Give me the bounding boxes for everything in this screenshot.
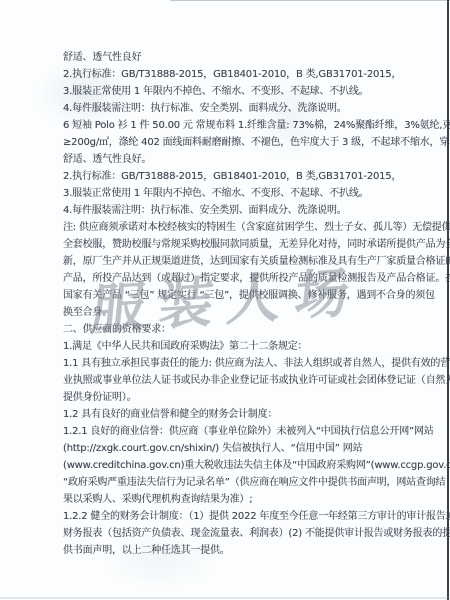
document-line: 1.2.1 良好的商业信誉：供应商（事业单位除外）未被列入“中国执行信息公开网”… xyxy=(63,423,395,440)
document-line: 6 短袖 Polo 衫 1 件 50.00 元 常规布料 1.纤维含量: 73%… xyxy=(63,117,395,134)
document-line: 舒适、透气性良好 xyxy=(63,49,395,66)
document-line-url: (www.creditchina.gov.cn)重大税收违法失信主体及“中国政府… xyxy=(63,457,395,474)
document-line: 供书面声明，以上二种任选其一提供。 xyxy=(63,542,395,559)
document-line: 4.每件服装需注明：执行标准、安全类别、面料成分、洗涤说明。 xyxy=(63,100,395,117)
page-edge-right xyxy=(447,0,449,600)
document-line: 1.2 具有良好的商业信誉和健全的财务会计制度： xyxy=(63,406,395,423)
document-line: 注: 供应商须承诺对本校经核实的特困生（含家庭贫困学生、烈士子女、孤儿等）无偿提… xyxy=(63,219,395,236)
document-line: 业执照或事业单位法人证书或民办非企业登记证书或执业许可证或社会团体登记证（自然人 xyxy=(63,372,395,389)
page-edge-bottom xyxy=(0,597,450,599)
document-line: “政府采购严重违法失信行为记录名单”（供应商在响应文件中提供书面声明，网站查询结 xyxy=(63,474,395,491)
document-line: 1.2.2 健全的财务会计制度：（1）提供 2022 年度至今任意一年经第三方审… xyxy=(63,508,395,525)
document-body: 舒适、透气性良好 2.执行标准：GB/T31888-2015，GB18401-2… xyxy=(63,49,395,559)
document-line-url: (http://zxgk.court.gov.cn/shixin/) 失信被执行… xyxy=(63,440,395,457)
document-line: 提供身份证明）。 xyxy=(63,389,395,406)
document-line: 4.每件服装需注明：执行标准、安全类别、面料成分、洗涤说明。 xyxy=(63,202,395,219)
document-line: 3.服装正常使用 1 年限内不掉色、不缩水、不变形、不起球、不扒线。 xyxy=(63,83,395,100)
document-line: 2.执行标准：GB/T31888-2015，GB18401-2010，B 类,G… xyxy=(63,168,395,185)
document-line: 换至合身。 xyxy=(63,304,395,321)
page-edge-top xyxy=(170,0,450,1)
document-line: 国家有关产品 “三包” 规定实行 “三包”，提供校服调换、修补服务，遇到不合身的… xyxy=(63,287,395,304)
document-line: 2.执行标准：GB/T31888-2015，GB18401-2010，B 类,G… xyxy=(63,66,395,83)
document-line: 3.服装正常使用 1 年限内不掉色、不缩水、不变形、不起球、不扒线。 xyxy=(63,185,395,202)
document-line: 果以采购人、采购代理机构查询结果为准）; xyxy=(63,491,395,508)
document-line: 舒适、透气性良好。 xyxy=(63,151,395,168)
document-line: 全套校服，赞助校服与常规采购校服同款同质量，无差异化对待，同时承诺所提供产品为全 xyxy=(63,236,395,253)
document-line-section-heading: 二、供应商的资格要求： xyxy=(63,321,395,338)
document-page: 舒适、透气性良好 2.执行标准：GB/T31888-2015，GB18401-2… xyxy=(0,0,450,600)
document-line: 财务报表（包括资产负债表、现金流量表、利润表）(2) 不能提供审计报告或财务报表… xyxy=(63,525,395,542)
document-line: 1.1 具有独立承担民事责任的能力: 供应商为法人、非法人组织或者自然人，提供有… xyxy=(63,355,395,372)
document-line: ≥200g/㎡，涤纶 402 面线面料耐磨耐擦、不褪色，色牢度大于 3 级，不起… xyxy=(63,134,395,151)
document-line: 1.满足《中华人民共和国政府采购法》第二十二条规定： xyxy=(63,338,395,355)
document-line: 产品，所投产品达到（或超过）指定要求，提供所投产品的质量检测报告及产品合格证。按 xyxy=(63,270,395,287)
document-line: 新，原厂生产并从正规渠道进货，达到国家有关质量检测标准及具有生产厂家质量合格证的 xyxy=(63,253,395,270)
